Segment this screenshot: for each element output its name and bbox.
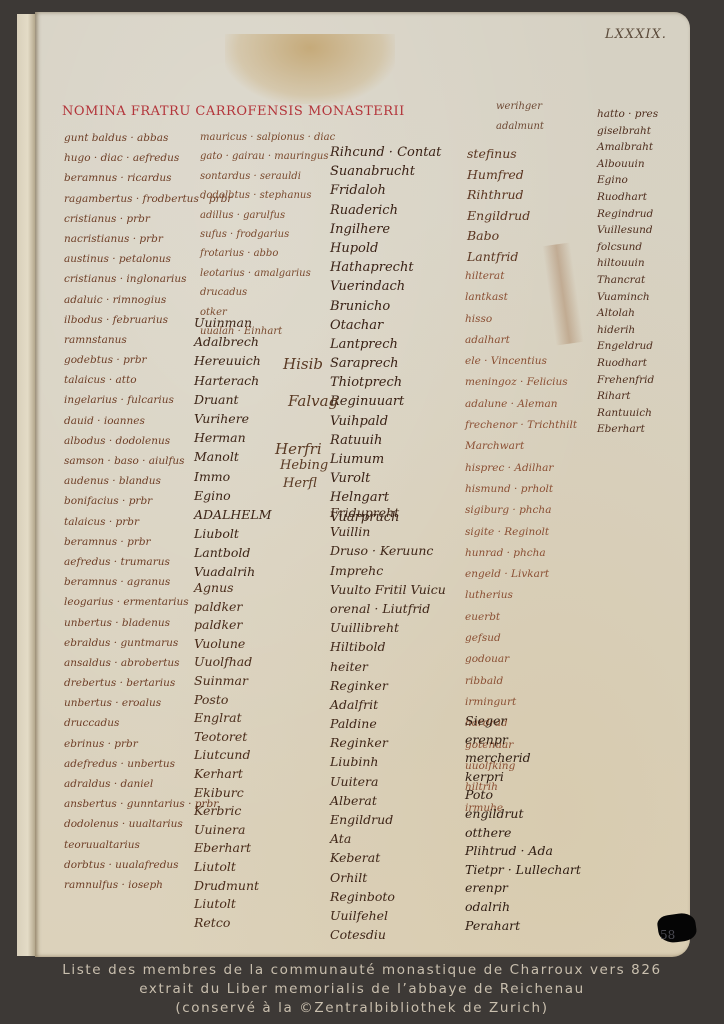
- name-entry: Hupold: [330, 239, 441, 258]
- names-column-2: UuinmanAdalbrechHereuuichHarterachDruant…: [194, 313, 272, 582]
- name-entry: Keberat: [330, 848, 446, 867]
- name-entry: kerpri: [465, 768, 581, 787]
- name-entry: adillus · garulfus: [200, 206, 335, 225]
- names-column-2-lower: AgnuspaldkerpaldkerVuoluneUuolfhadSuinma…: [194, 579, 259, 932]
- name-entry: Otachar: [330, 316, 441, 335]
- name-entry: Lantfrid: [467, 247, 530, 268]
- name-entry: heiter: [330, 657, 446, 676]
- name-entry: Rihthrud: [467, 185, 530, 206]
- name-entry: Egino: [194, 486, 272, 505]
- name-entry: Reginker: [330, 733, 446, 752]
- water-stain: [225, 34, 395, 104]
- name-entry: Uuitera: [330, 772, 446, 791]
- name-entry: Perahart: [465, 917, 581, 936]
- name-entry: Alberat: [330, 791, 446, 810]
- name-entry: Frehenfrid: [597, 372, 658, 389]
- name-entry: Imprehc: [330, 561, 446, 580]
- name-entry: Ingilhere: [330, 220, 441, 239]
- name-entry: euerbt: [465, 607, 577, 628]
- name-entry: Vuihpald: [330, 412, 441, 431]
- name-entry: Suinmar: [194, 672, 259, 691]
- name-entry: Reginker: [330, 676, 446, 695]
- name-entry: Vuillin: [330, 522, 446, 541]
- name-entry: Posto: [194, 691, 259, 710]
- name-entry: Liutcund: [194, 746, 259, 765]
- name-entry: Vuerindach: [330, 277, 441, 296]
- name-entry: Uuolfhad: [194, 653, 259, 672]
- name-entry: Tietpr · Lullechart: [465, 861, 581, 880]
- name-entry: Lantprech: [330, 335, 441, 354]
- name-entry: Uuinera: [194, 821, 259, 840]
- name-entry: Reginboto: [330, 887, 446, 906]
- names-column-5: hatto · presgiselbrahtAmalbrahtAlbouuinE…: [597, 106, 658, 438]
- name-entry: meningoz · Felicius: [465, 372, 577, 393]
- name-entry: Liubinh: [330, 752, 446, 771]
- name-entry: paldker: [194, 616, 259, 635]
- name-entry: Herman: [194, 428, 272, 447]
- name-entry: Amalbraht: [597, 139, 658, 156]
- name-entry: hilterat: [465, 266, 577, 287]
- caption-line-3: (conservé à la ©Zentralbibliothek de Zur…: [0, 999, 724, 1018]
- name-entry: adalhart: [465, 330, 577, 351]
- name-entry: Druso · Keruunc: [330, 541, 446, 560]
- name-entry: Ruodhart: [597, 355, 658, 372]
- name-entry: orenal · Liutfrid: [330, 599, 446, 618]
- name-entry: Teotoret: [194, 728, 259, 747]
- name-entry: Albouuin: [597, 156, 658, 173]
- name-entry: ADALHELM: [194, 505, 272, 524]
- name-entry: lantkast: [465, 287, 577, 308]
- name-entry: hatto · pres: [597, 106, 658, 123]
- name-entry: Drudmunt: [194, 877, 259, 896]
- name-entry: Regindrud: [597, 206, 658, 223]
- names-column-4-top: werihgeradalmunt: [496, 97, 544, 137]
- name-entry: hismund · prholt: [465, 479, 577, 500]
- name-entry: erenpr: [465, 731, 581, 750]
- name-entry: Liumum: [330, 450, 441, 469]
- name-entry: Vurolt: [330, 469, 441, 488]
- name-entry: Uuilfehel: [330, 906, 446, 925]
- name-entry: dodolbtus · stephanus: [200, 186, 335, 205]
- name-entry: Rantuuich: [597, 405, 658, 422]
- name-entry: Lantbold: [194, 543, 272, 562]
- name-entry: sontardus · serauldi: [200, 167, 335, 186]
- name-entry: Druant: [194, 390, 272, 409]
- name-entry: Humfred: [467, 165, 530, 186]
- page-number: 58: [660, 928, 675, 942]
- name-entry: Rihart: [597, 388, 658, 405]
- name-entry: Marchwart: [465, 436, 577, 457]
- binding-stub: [17, 14, 37, 956]
- name-entry: Manolt: [194, 447, 272, 466]
- name-entry: Agnus: [194, 579, 259, 598]
- name-entry: paldker: [194, 598, 259, 617]
- name-entry: leotarius · amalgarius: [200, 264, 335, 283]
- names-column-4: stefinusHumfredRihthrudEngildrudBaboLant…: [467, 144, 530, 267]
- name-entry: folcsund: [597, 239, 658, 256]
- name-entry: Vuulto Fritil Vuicu: [330, 580, 446, 599]
- name-entry: hisprec · Adilhar: [465, 458, 577, 479]
- name-entry: hiderih: [597, 322, 658, 339]
- name-entry: Babo: [467, 226, 530, 247]
- name-entry: Fridupreht: [330, 503, 446, 522]
- caption-line-1: Liste des membres de la communauté monas…: [0, 961, 724, 980]
- name-entry: adalune · Aleman: [465, 394, 577, 415]
- name-entry: Vuillesund: [597, 222, 658, 239]
- name-entry: godouar: [465, 649, 577, 670]
- name-entry: Ruodhart: [597, 189, 658, 206]
- name-entry: drucadus: [200, 283, 335, 302]
- name-entry: sufus · frodgarius: [200, 225, 335, 244]
- name-entry: Saraprech: [330, 354, 441, 373]
- name-entry: frechenor · Trichthilt: [465, 415, 577, 436]
- name-entry: Eberhart: [194, 839, 259, 858]
- name-entry: Harterach: [194, 371, 272, 390]
- name-entry: Orhilt: [330, 868, 446, 887]
- name-entry: Hiltibold: [330, 637, 446, 656]
- name-entry: sigiburg · phcha: [465, 500, 577, 521]
- name-entry: irmingurt: [465, 692, 577, 713]
- name-entry: Plihtrud · Ada: [465, 842, 581, 861]
- margin-note: Hisib: [283, 355, 323, 373]
- names-column-2-small: mauricus · salpionus · diacgato · gairau…: [200, 128, 335, 341]
- name-entry: Vuaminch: [597, 289, 658, 306]
- name-entry: hisso: [465, 309, 577, 330]
- name-entry: Engildrud: [330, 810, 446, 829]
- name-entry: Vuolune: [194, 635, 259, 654]
- name-entry: Uuinman: [194, 313, 272, 332]
- name-entry: Liutolt: [194, 895, 259, 914]
- name-entry: giselbraht: [597, 123, 658, 140]
- name-entry: Eberhart: [597, 421, 658, 438]
- name-entry: hiltouuin: [597, 255, 658, 272]
- folio-mark: LXXXIX.: [605, 27, 667, 42]
- name-entry: Kerhart: [194, 765, 259, 784]
- name-entry: Thiotprech: [330, 373, 441, 392]
- margin-note: Falvag: [288, 392, 338, 410]
- name-entry: Liutolt: [194, 858, 259, 877]
- name-entry: Uuillibreht: [330, 618, 446, 637]
- name-entry: Thancrat: [597, 272, 658, 289]
- name-entry: Liubolt: [194, 524, 272, 543]
- name-entry: mercherid: [465, 749, 581, 768]
- name-entry: Poto: [465, 786, 581, 805]
- names-column-4-lower: SiegererenprmercheridkerpriPotoengildrut…: [465, 712, 581, 935]
- name-entry: werihger: [496, 97, 544, 117]
- caption: Liste des membres de la communauté monas…: [0, 961, 724, 1018]
- name-entry: Adalfrit: [330, 695, 446, 714]
- name-entry: Rihcund · Contat: [330, 143, 441, 162]
- name-entry: Immo: [194, 467, 272, 486]
- name-entry: Ruaderich: [330, 201, 441, 220]
- name-entry: mauricus · salpionus · diac: [200, 128, 335, 147]
- name-entry: otthere: [465, 824, 581, 843]
- name-entry: adalmunt: [496, 117, 544, 137]
- names-column-3: Rihcund · ContatSuanabruchtFridalohRuade…: [330, 143, 441, 527]
- name-entry: hunrad · phcha: [465, 543, 577, 564]
- name-entry: ribbald: [465, 671, 577, 692]
- name-entry: Engildrud: [467, 206, 530, 227]
- name-entry: Altolah: [597, 305, 658, 322]
- name-entry: sigite · Reginolt: [465, 522, 577, 543]
- name-entry: ele · Vincentius: [465, 351, 577, 372]
- name-entry: Brunicho: [330, 297, 441, 316]
- name-entry: Kerbric: [194, 802, 259, 821]
- name-entry: Adalbrech: [194, 332, 272, 351]
- names-column-3-lower: FriduprehtVuillinDruso · KeruuncImprehcV…: [330, 503, 446, 944]
- name-entry: Paldine: [330, 714, 446, 733]
- margin-note: Herfl: [283, 476, 317, 491]
- name-entry: Fridaloh: [330, 181, 441, 200]
- margin-note: Hebing: [280, 458, 328, 473]
- name-entry: lutherius: [465, 585, 577, 606]
- margin-note: Herfri: [275, 440, 322, 458]
- name-entry: Suanabrucht: [330, 162, 441, 181]
- name-entry: gato · gairau · mauringus: [200, 147, 335, 166]
- rubric-title: Nomina fratru carrofensis monasterii: [62, 104, 405, 119]
- name-entry: engeld · Livkart: [465, 564, 577, 585]
- name-entry: Sieger: [465, 712, 581, 731]
- name-entry: Hathaprecht: [330, 258, 441, 277]
- caption-line-2: extrait du Liber memorialis de l’abbaye …: [0, 980, 724, 999]
- name-entry: Retco: [194, 914, 259, 933]
- name-entry: Vurihere: [194, 409, 272, 428]
- name-entry: Engeldrud: [597, 338, 658, 355]
- name-entry: stefinus: [467, 144, 530, 165]
- name-entry: Englrat: [194, 709, 259, 728]
- name-entry: gefsud: [465, 628, 577, 649]
- name-entry: Hereuuich: [194, 351, 272, 370]
- name-entry: Ratuuih: [330, 431, 441, 450]
- name-entry: Reginuuart: [330, 392, 441, 411]
- name-entry: Ata: [330, 829, 446, 848]
- name-entry: engildrut: [465, 805, 581, 824]
- name-entry: Egino: [597, 172, 658, 189]
- name-entry: frotarius · abbo: [200, 244, 335, 263]
- name-entry: Cotesdiu: [330, 925, 446, 944]
- name-entry: Ekiburc: [194, 784, 259, 803]
- name-entry: odalrih: [465, 898, 581, 917]
- name-entry: erenpr: [465, 879, 581, 898]
